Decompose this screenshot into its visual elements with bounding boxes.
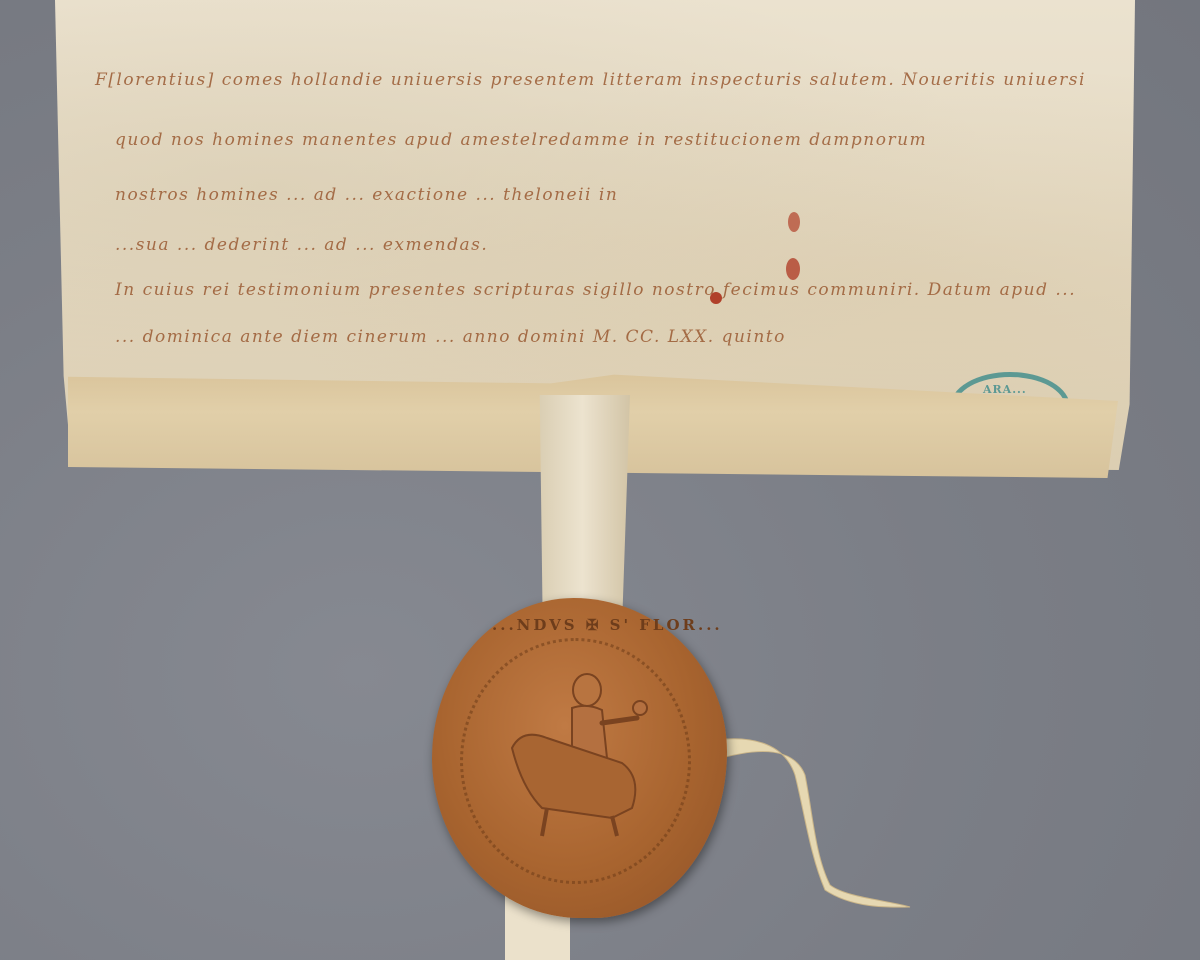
curled-tag-end [715, 735, 915, 915]
wax-seal: ...NDVS ✠ S' FLOR... [432, 598, 727, 918]
red-wax-stain-upper [788, 212, 800, 232]
equestrian-figure-icon [502, 668, 662, 838]
charter-line-2: quod nos homines manentes apud amestelre… [115, 130, 927, 150]
charter-line-6: ... dominica ante diem cinerum ... anno … [115, 327, 786, 347]
parchment-tag [535, 395, 630, 615]
charter-line-5: In cuius rei testimonium presentes scrip… [115, 280, 1076, 300]
charter-line-1: F[lorentius] comes hollandie uniuersis p… [95, 70, 1086, 90]
red-wax-drop [710, 292, 722, 304]
seal-legend: ...NDVS ✠ S' FLOR... [492, 616, 723, 634]
red-wax-stain [786, 258, 800, 280]
charter-line-3: nostros homines ... ad ... exactione ...… [115, 185, 618, 205]
charter-line-4: ...sua ... dederint ... ad ... exmendas. [115, 235, 488, 255]
